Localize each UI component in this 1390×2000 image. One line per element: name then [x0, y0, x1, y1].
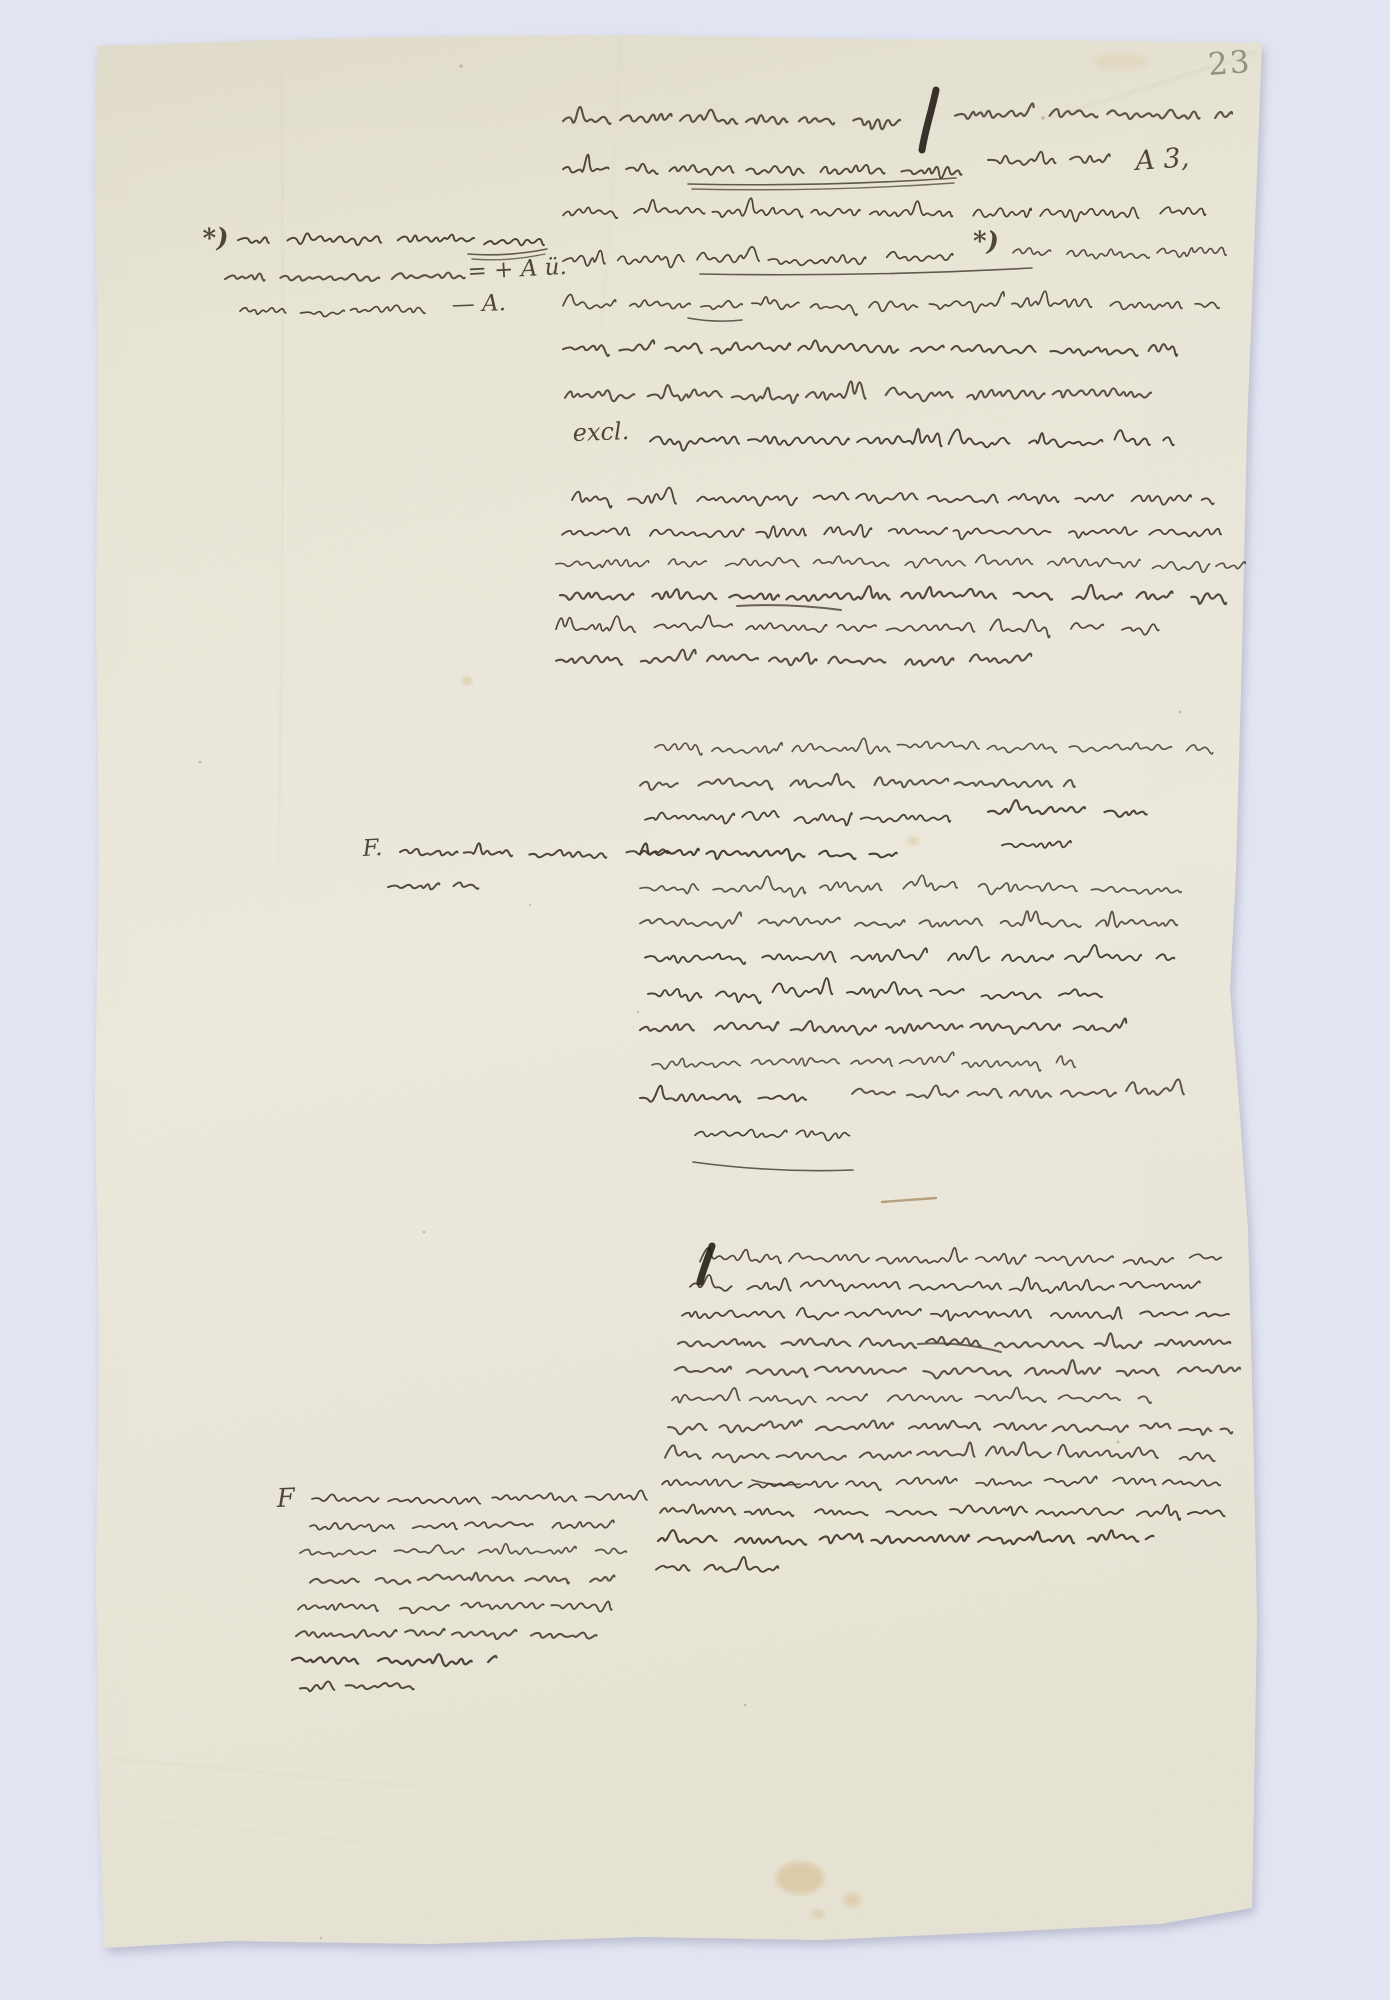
paper-grain-texture	[0, 0, 1390, 2000]
paper-speck	[529, 904, 531, 906]
fragment-note1-formula-minus-a: — A.	[451, 290, 506, 318]
fox-stain	[907, 837, 919, 845]
paper-speck	[320, 1937, 322, 1939]
scanned-manuscript-page: *)= + A ü.— A.A 3,*)excl.F.F 23	[0, 0, 1390, 2000]
fragment-note1-marker: *)	[202, 223, 229, 254]
fox-stain	[776, 1862, 824, 1894]
manuscript-scan-canvas: *)= + A ü.— A.A 3,*)excl.F.F 23	[0, 0, 1390, 2000]
fox-stain	[462, 677, 472, 685]
fragment-note2-marker: F.	[361, 835, 383, 862]
fox-stain	[811, 1909, 825, 1919]
paper-speck	[423, 1231, 426, 1234]
fragment-main1-asterisk-ref: *)	[973, 227, 999, 257]
paper-speck	[199, 761, 202, 764]
paper-speck	[459, 64, 462, 67]
paper-speck	[1179, 711, 1182, 714]
fragment-main1-a3: A 3,	[1131, 142, 1190, 177]
paper-speck	[1117, 1441, 1120, 1444]
fragment-note1-formula-plus-a: = + A ü.	[467, 254, 567, 285]
paper-speck	[744, 1704, 747, 1707]
fox-stain	[1092, 53, 1148, 71]
paper-speck	[637, 1011, 639, 1013]
fragment-main1-excl: excl.	[572, 417, 629, 447]
fox-stain	[843, 1893, 861, 1907]
fragment-note3-marker: F	[275, 1483, 296, 1514]
paper-speck	[1041, 116, 1045, 120]
page-number: 23	[1207, 44, 1253, 83]
